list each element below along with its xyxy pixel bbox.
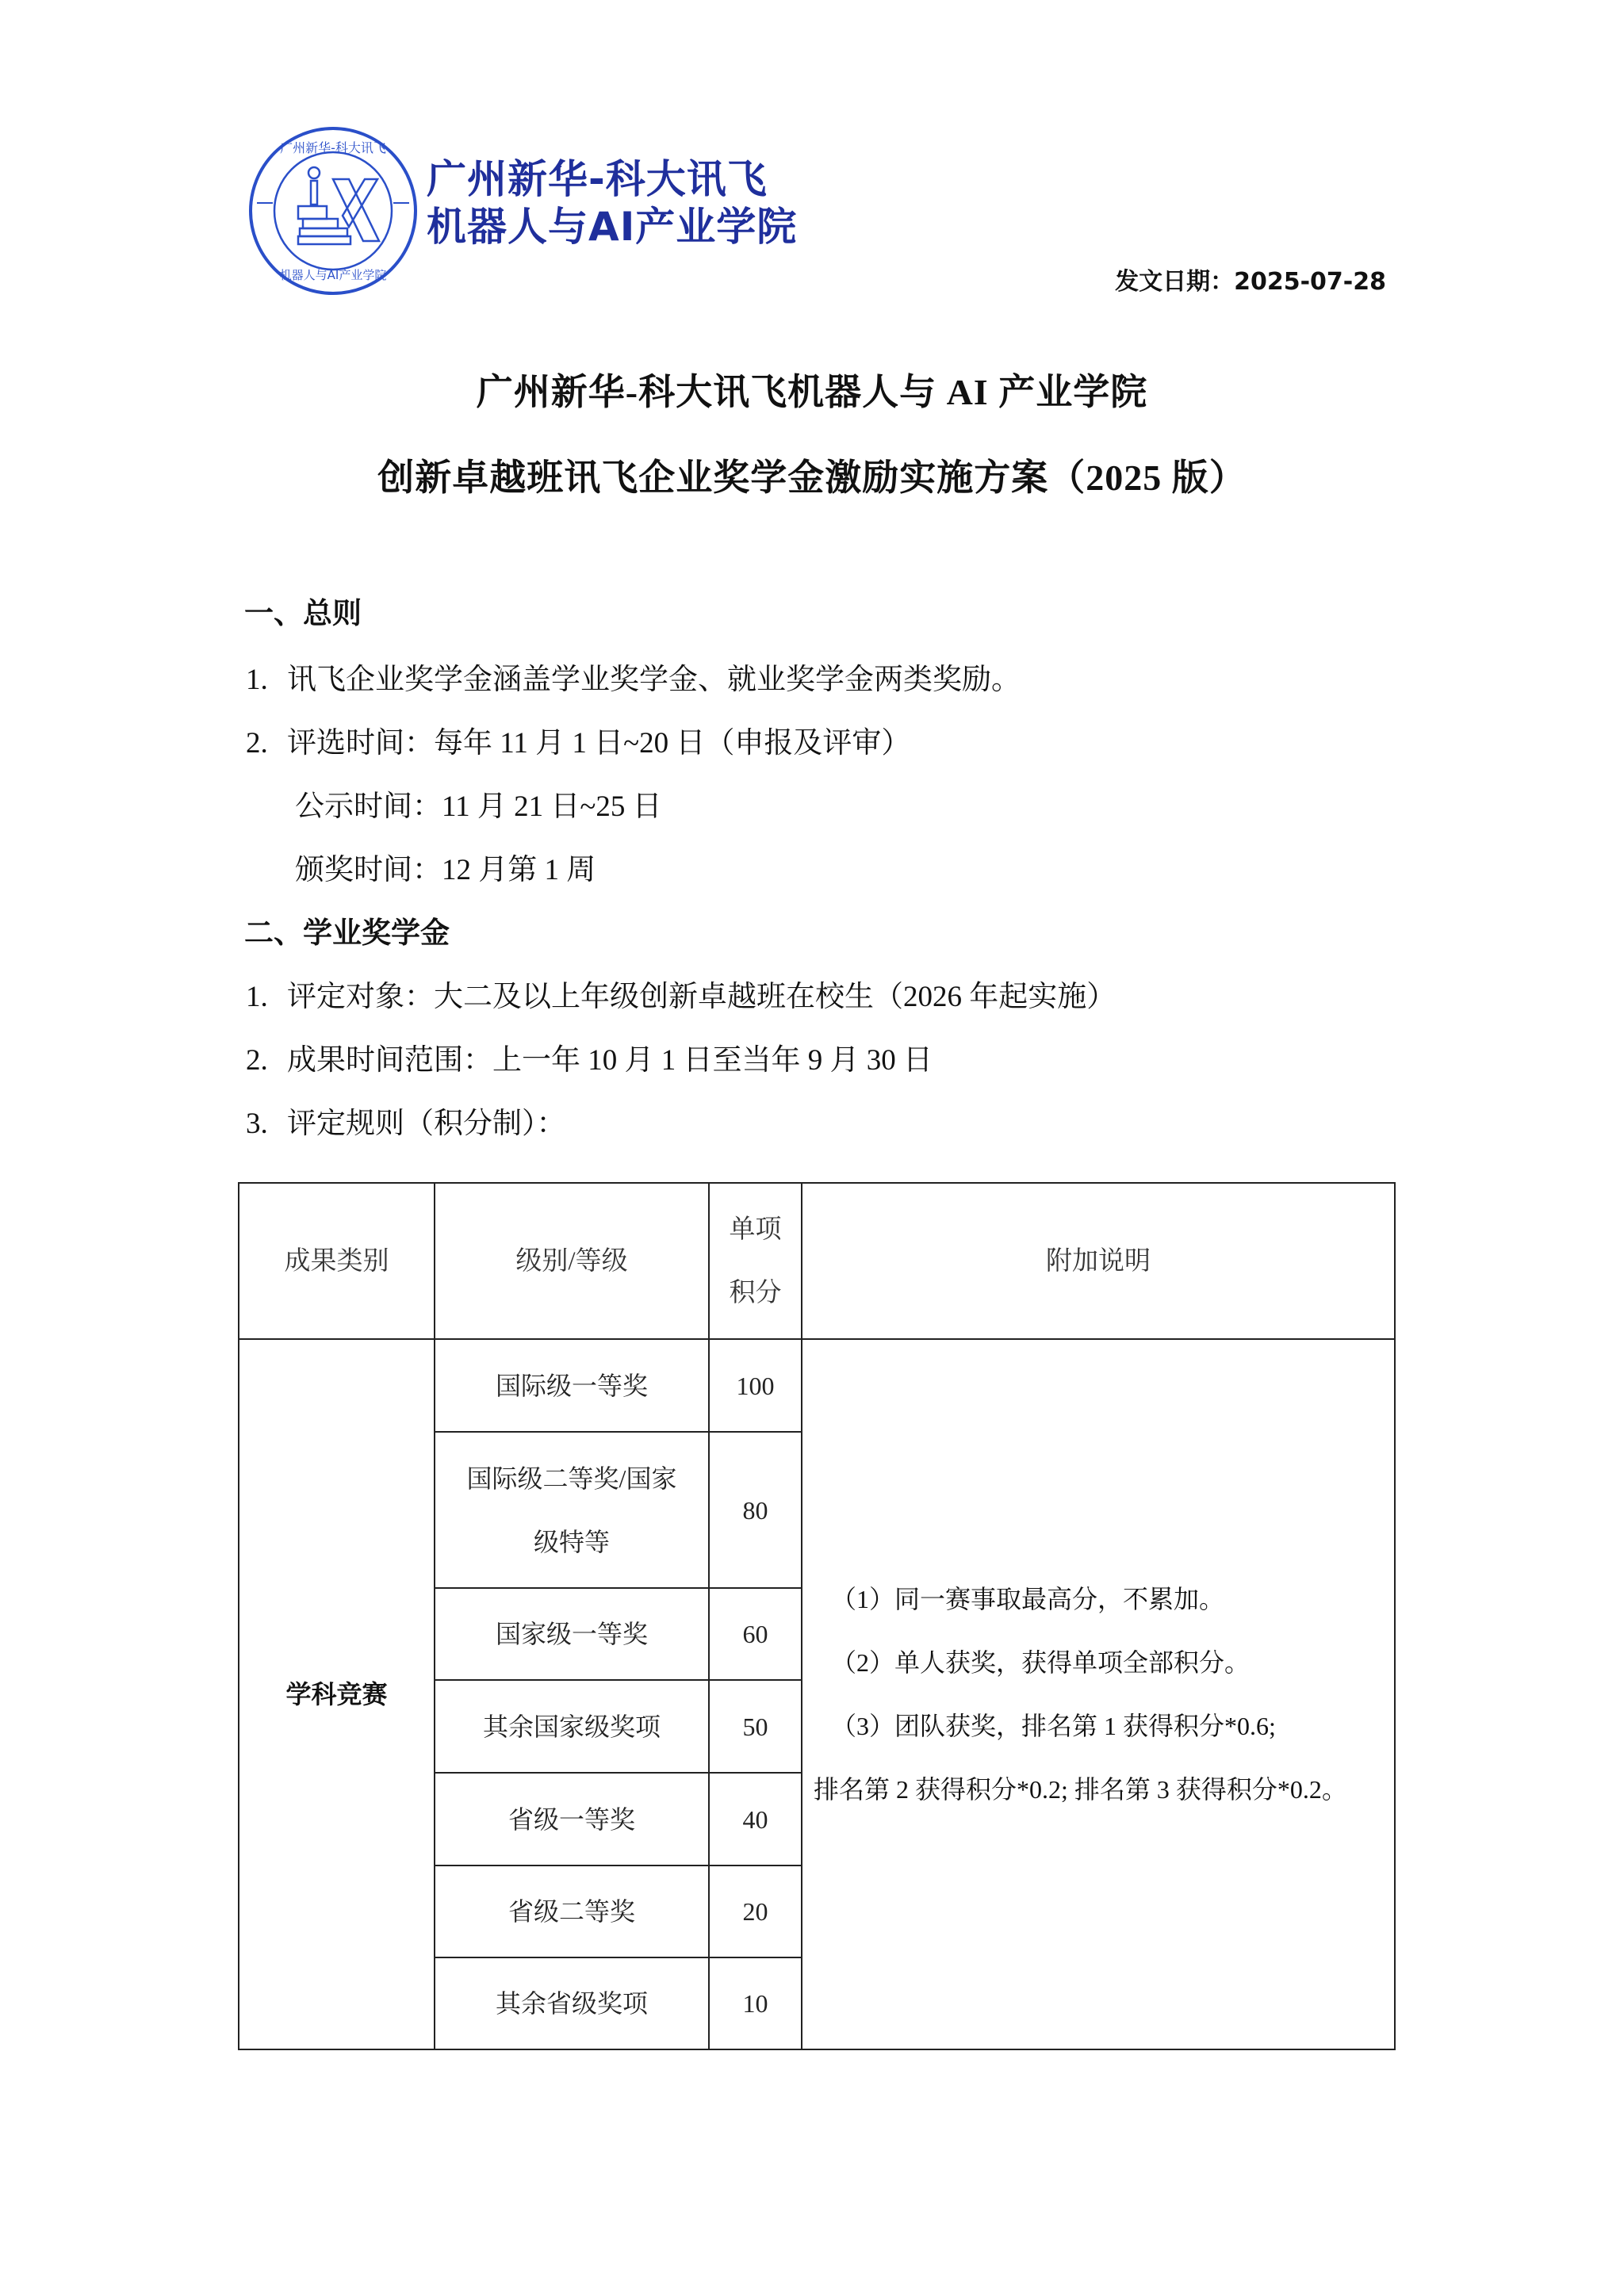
header-points: 单项 积分 [709,1183,802,1339]
points-cell: 10 [709,1957,802,2049]
header-notes: 附加说明 [802,1183,1395,1339]
points-cell: 80 [709,1432,802,1588]
note-line: （3）团队获奖，排名第 1 获得积分*0.6; [814,1694,1383,1758]
level-cell: 省级一等奖 [435,1773,709,1865]
section-heading-academic-scholarship: 二、学业奖学金 [244,914,450,954]
points-cell: 40 [709,1773,802,1865]
note-line: 排名第 2 获得积分*0.2; 排名第 3 获得积分*0.2。 [814,1758,1383,1821]
table-header-row: 成果类别 级别/等级 单项 积分 附加说明 [239,1183,1395,1339]
level-cell: 国际级一等奖 [435,1339,709,1432]
level-line-1: 国际级二等奖/国家 [467,1464,677,1493]
emblem-icon: 广州新华-科大讯飞 机器人与AI产业学院 [246,124,420,298]
wordmark-line-1: 广州新华-科大讯飞 [427,155,797,203]
issue-date-label: 发文日期： [1115,268,1234,296]
header-points-line-1: 单项 [730,1215,782,1244]
list-text: 评定对象：大二及以上年级创新卓越班在校生（2026 年起实施） [287,981,1116,1013]
table-row: 学科竞赛 国际级一等奖 100 （1）同一赛事取最高分，不累加。 （2）单人获奖… [239,1339,1395,1432]
list-number: 3. [246,1104,287,1144]
notes-cell: （1）同一赛事取最高分，不累加。 （2）单人获奖，获得单项全部积分。 （3）团队… [802,1339,1395,2049]
document-title-line-1: 广州新华-科大讯飞机器人与 AI 产业学院 [0,369,1624,416]
list-item: 公示时间：11 月 21 日~25 日 [295,787,662,827]
list-text: 评选时间：每年 11 月 1 日~20 日（申报及评审） [287,727,910,760]
header-category: 成果类别 [239,1183,435,1339]
header-level: 级别/等级 [435,1183,709,1339]
points-cell: 60 [709,1588,802,1680]
list-item: 1.评定对象：大二及以上年级创新卓越班在校生（2026 年起实施） [246,978,1116,1017]
list-number: 1. [246,978,287,1017]
list-text: 讯飞企业奖学金涵盖学业奖学金、就业奖学金两类奖励。 [287,664,1021,696]
level-cell: 其余省级奖项 [435,1957,709,2049]
list-text: 成果时间范围：上一年 10 月 1 日至当年 9 月 30 日 [287,1044,933,1077]
issue-date-value: 2025-07-28 [1234,268,1386,296]
score-table: 成果类别 级别/等级 单项 积分 附加说明 学科竞赛 国际级一等奖 100 （1… [238,1182,1396,2050]
document-title-line-2: 创新卓越班讯飞企业奖学金激励实施方案（2025 版） [0,454,1624,502]
note-line: （1）同一赛事取最高分，不累加。 [814,1567,1383,1631]
list-number: 2. [246,724,287,763]
logo-wordmark: 广州新华-科大讯飞 机器人与AI产业学院 [427,155,797,251]
list-item: 1.讯飞企业奖学金涵盖学业奖学金、就业奖学金两类奖励。 [246,660,1021,700]
level-cell: 省级二等奖 [435,1865,709,1957]
svg-text:机器人与AI产业学院: 机器人与AI产业学院 [280,268,387,282]
level-cell: 国际级二等奖/国家 级特等 [435,1432,709,1588]
institution-logo: 广州新华-科大讯飞 机器人与AI产业学院 广州新华-科大讯飞 机器人与AI产业学… [238,121,777,299]
list-item: 2.评选时间：每年 11 月 1 日~20 日（申报及评审） [246,724,910,763]
level-line-2: 级特等 [534,1528,610,1556]
header-points-line-2: 积分 [730,1279,782,1307]
level-cell: 国家级一等奖 [435,1588,709,1680]
list-item: 2.成果时间范围：上一年 10 月 1 日至当年 9 月 30 日 [246,1041,933,1081]
wordmark-line-2: 机器人与AI产业学院 [427,203,797,251]
svg-text:广州新华-科大讯飞: 广州新华-科大讯飞 [280,140,386,155]
note-line: （2）单人获奖，获得单项全部积分。 [814,1631,1383,1694]
list-number: 2. [246,1041,287,1081]
category-cell: 学科竞赛 [239,1339,435,2049]
issue-date: 发文日期：2025-07-28 [1115,266,1386,298]
list-item: 颁奖时间：12 月第 1 周 [295,851,596,890]
list-text: 评定规则（积分制）： [287,1108,566,1140]
level-cell: 其余国家级奖项 [435,1680,709,1773]
list-item: 3.评定规则（积分制）： [246,1104,566,1144]
points-cell: 50 [709,1680,802,1773]
points-cell: 100 [709,1339,802,1432]
points-cell: 20 [709,1865,802,1957]
section-heading-general: 一、总则 [244,595,362,634]
list-number: 1. [246,660,287,700]
